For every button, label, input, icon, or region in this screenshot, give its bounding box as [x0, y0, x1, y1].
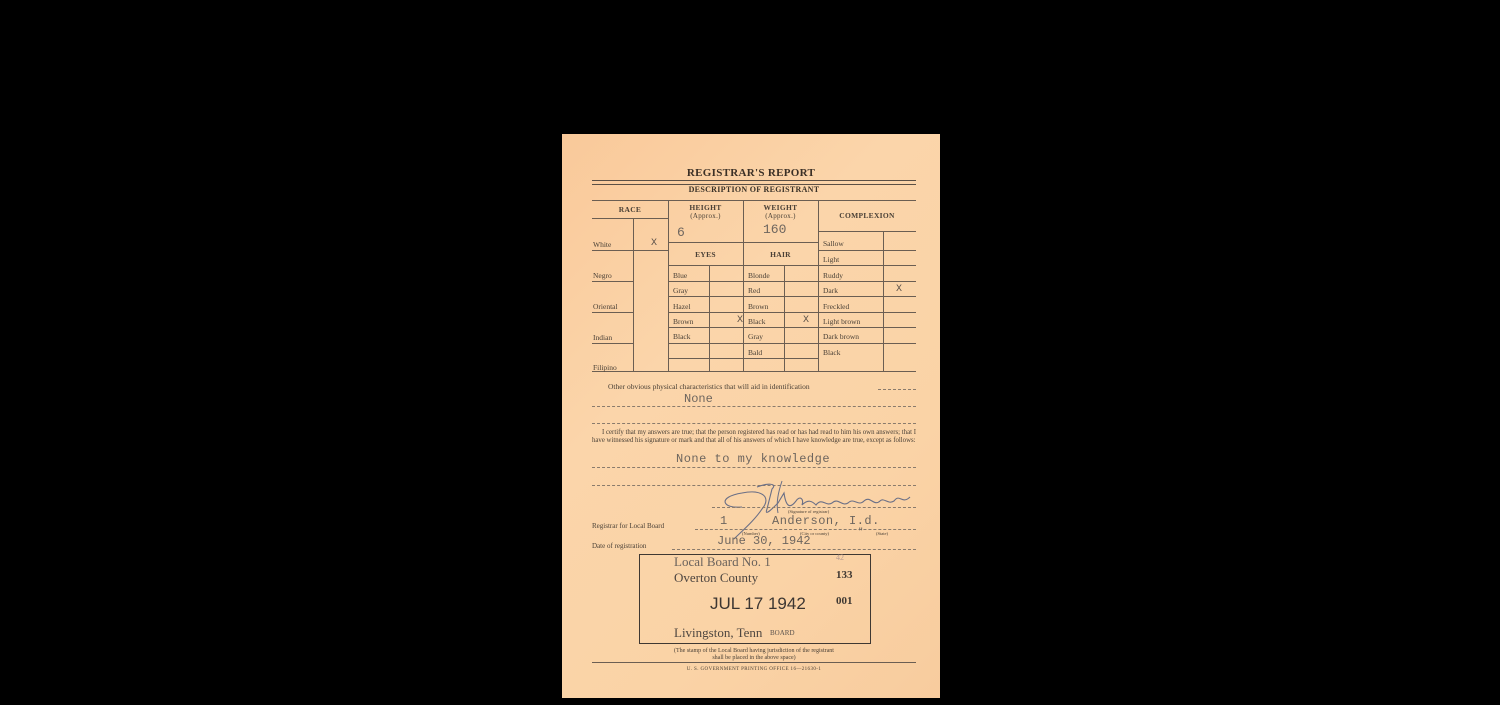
footer-rule [592, 662, 916, 663]
height-header-label: HEIGHT [689, 203, 721, 212]
printing-office-footer: U. S. GOVERNMENT PRINTING OFFICE 16—2163… [592, 667, 916, 672]
race-negro-label: Negro [593, 271, 612, 280]
hair-black-mark: X [803, 315, 809, 326]
dotted-line [712, 507, 916, 508]
dotted-line [592, 406, 916, 407]
eyes-hazel-label: Hazel [673, 302, 691, 311]
row-rule [818, 327, 916, 328]
complexion-dark-mark: X [896, 284, 902, 295]
height-weight-divider [743, 200, 744, 371]
date-label: Date of registration [592, 542, 646, 550]
stamp-caption: (The stamp of the Local Board having jur… [592, 648, 916, 661]
complexion-black-label: Black [823, 348, 841, 357]
local-board-stamp: Local Board No. 1 Overton County 42 133 … [639, 554, 871, 644]
eyes-brown-label: Brown [673, 317, 693, 326]
dotted-line [878, 389, 916, 390]
row-rule [592, 281, 633, 282]
row-rule [668, 312, 818, 313]
race-filipino-label: Filipino [593, 363, 617, 372]
document-subtitle: DESCRIPTION OF REGISTRANT [592, 185, 916, 194]
eyes-brown-mark: X [737, 315, 743, 326]
hair-gray-label: Gray [748, 332, 763, 341]
table-top-rule [592, 200, 916, 201]
registrar-label: Registrar for Local Board [592, 522, 664, 530]
complexion-mark-divider [883, 231, 884, 371]
complexion-header: COMPLEXION [818, 211, 916, 220]
complexion-light-label: Light [823, 255, 839, 264]
weight-value: 160 [763, 222, 786, 237]
row-rule [668, 327, 818, 328]
height-header: HEIGHT (Approx.) [668, 203, 743, 220]
dotted-line [592, 423, 916, 424]
height-header-note: (Approx.) [668, 212, 743, 220]
race-header: RACE [592, 205, 668, 214]
dotted-line [695, 529, 916, 530]
hair-bald-label: Bald [748, 348, 762, 357]
complexion-dark-brown-label: Dark brown [823, 332, 859, 341]
row-rule [818, 343, 916, 344]
hair-blonde-label: Blonde [748, 271, 770, 280]
eyes-blue-label: Blue [673, 271, 687, 280]
row-rule [592, 250, 633, 251]
row-rule [818, 296, 916, 297]
row-rule [818, 281, 916, 282]
eyes-hair-header-rule [668, 265, 818, 266]
certify-text: I certify that my answers are true; that… [592, 429, 916, 444]
hair-red-label: Red [748, 286, 760, 295]
registrar-report-card: REGISTRAR'S REPORT DESCRIPTION OF REGIST… [562, 134, 940, 698]
row-rule [668, 281, 818, 282]
row-rule [668, 296, 818, 297]
stamp-overprint: BOARD [770, 629, 795, 637]
stamp-caption-line-2: shall be placed in the above space) [592, 655, 916, 662]
other-characteristics-label: Other obvious physical characteristics t… [608, 382, 810, 391]
race-indian-label: Indian [593, 333, 612, 342]
race-white-mark: X [651, 238, 657, 249]
race-mark-divider [633, 218, 634, 371]
dotted-line [672, 549, 916, 550]
document-title: REGISTRAR'S REPORT [562, 167, 940, 179]
complexion-ruddy-label: Ruddy [823, 271, 843, 280]
weight-header: WEIGHT (Approx.) [743, 203, 818, 220]
complexion-header-rule [818, 231, 916, 232]
height-weight-rule [668, 242, 818, 243]
stamp-line-1: Local Board No. 1 [674, 554, 771, 570]
row-rule [633, 250, 668, 251]
stamp-line-3: Livingston, Tenn [674, 625, 762, 641]
stamp-num-2: 001 [836, 595, 853, 607]
row-rule [592, 343, 633, 344]
hair-black-label: Black [748, 317, 766, 326]
race-divider [668, 200, 669, 371]
race-oriental-label: Oriental [593, 302, 618, 311]
race-header-rule [592, 218, 668, 219]
state-caption: (State) [876, 531, 888, 536]
eyes-header: EYES [668, 250, 743, 259]
table-bottom-rule [592, 371, 916, 372]
exceptions-value: None to my knowledge [676, 452, 830, 466]
complexion-dark-label: Dark [823, 286, 838, 295]
state-mark: " [858, 527, 863, 537]
row-rule [668, 358, 818, 359]
race-white-label: White [593, 240, 611, 249]
date-value: June 30, 1942 [717, 534, 811, 548]
weight-complexion-divider [818, 200, 819, 371]
stamp-line-2: Overton County [674, 570, 758, 586]
complexion-light-brown-label: Light brown [823, 317, 860, 326]
stamp-num-1: 133 [836, 569, 853, 581]
complexion-sallow-label: Sallow [823, 239, 844, 248]
stamp-num-top: 42 [836, 553, 844, 562]
complexion-freckled-label: Freckled [823, 302, 849, 311]
board-location-value: Anderson, I.d. [772, 514, 880, 528]
row-rule [818, 250, 916, 251]
hair-brown-label: Brown [748, 302, 768, 311]
row-rule [818, 265, 916, 266]
eyes-gray-label: Gray [673, 286, 688, 295]
row-rule [668, 343, 818, 344]
dotted-line [592, 467, 916, 468]
weight-header-label: WEIGHT [764, 203, 798, 212]
hair-header: HAIR [743, 250, 818, 259]
other-characteristics-value: None [684, 392, 713, 406]
eyes-black-label: Black [673, 332, 691, 341]
board-number-value: 1 [720, 514, 727, 528]
row-rule [818, 312, 916, 313]
weight-header-note: (Approx.) [743, 212, 818, 220]
row-rule [592, 312, 633, 313]
height-value: 6 [677, 225, 685, 240]
stamp-date: JUL 17 1942 [710, 594, 806, 614]
